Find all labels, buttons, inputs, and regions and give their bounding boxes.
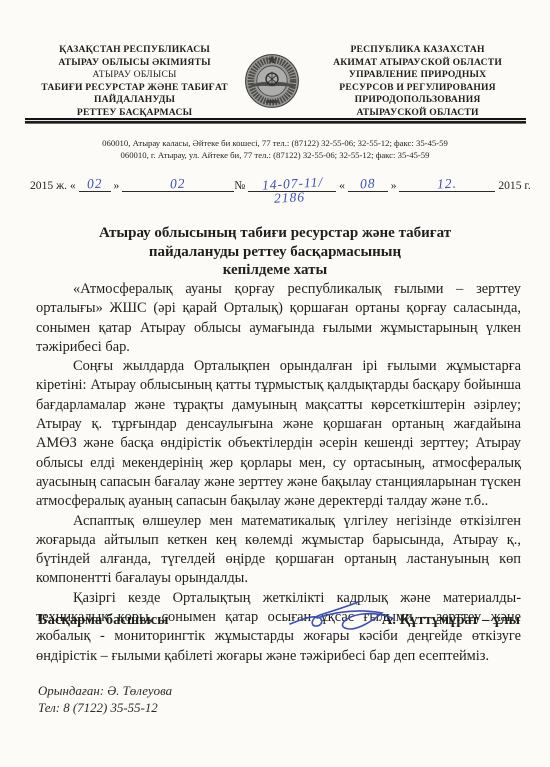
header-divider	[25, 118, 526, 125]
handwritten-day: 02	[86, 176, 102, 193]
date-month-blank: 02	[122, 176, 234, 192]
executor-phone: Тел: 8 (7122) 35-55-12	[38, 700, 172, 717]
letterhead-line: УПРАВЛЕНИЕ ПРИРОДНЫХ	[305, 69, 530, 82]
date-quote-close: »	[114, 179, 120, 192]
title-line: кепілдеме хаты	[0, 261, 550, 280]
day-blank-right: 08	[348, 176, 388, 192]
letterhead-line: АТЫРАУ ОБЛЫСЫ ӘКІМИЯТЫ	[30, 57, 239, 70]
date-right-group: № 14-07-11/ 2186 « 08 » 12. 2015 г.	[234, 176, 531, 192]
signer-position: Басқарма басшысы	[38, 612, 168, 629]
handwritten-number-below: 2186	[274, 189, 306, 207]
address-kazakh: 060010, Атырау каласы, Әйтеке би кошесі,…	[0, 138, 550, 150]
kazakhstan-coat-of-arms-icon	[239, 48, 305, 114]
handwritten-month: 02	[170, 176, 186, 193]
title-line: пайдалануды реттеу басқармасының	[0, 243, 550, 262]
handwritten-signature-icon	[286, 592, 416, 642]
handwritten-day-right: 08	[360, 176, 376, 193]
year-suffix: 2015 г.	[498, 179, 530, 192]
date-number-line: 2015 ж. « 02 » 02 № 14-07-11/ 2186 « 08 …	[30, 176, 528, 192]
executor-block: Орындаған: Ә. Төлеуова Тел: 8 (7122) 35-…	[38, 683, 172, 716]
signature-row: Басқарма басшысы А. Құттұмұрат – ұлы	[38, 612, 520, 629]
letterhead-line: ҚАЗАҚСТАН РЕСПУБЛИКАСЫ	[30, 44, 239, 57]
scanned-letter-page: ҚАЗАҚСТАН РЕСПУБЛИКАСЫ АТЫРАУ ОБЛЫСЫ ӘКІ…	[0, 0, 550, 767]
number-label: №	[234, 179, 245, 192]
letter-title: Атырау облысының табиғи ресурстар және т…	[0, 224, 550, 280]
letter-body: «Атмосфералық ауаны қорғау республикалық…	[36, 280, 521, 666]
letterhead-line: РЕСУРСОВ И РЕГУЛИРОВАНИЯ	[305, 82, 530, 95]
letterhead: ҚАЗАҚСТАН РЕСПУБЛИКАСЫ АТЫРАУ ОБЛЫСЫ ӘКІ…	[30, 44, 530, 120]
letterhead-line: ПАЙДАЛАНУДЫ	[30, 94, 239, 107]
body-paragraph: Соңғы жылдарда Орталықпен орындалған ірі…	[36, 357, 521, 511]
month-blank-right: 12.	[399, 176, 495, 192]
body-paragraph: «Атмосфералық ауаны қорғау республикалық…	[36, 280, 521, 357]
letterhead-line: АТЫРАУ ОБЛЫСЫ	[30, 69, 239, 82]
letterhead-line: ТАБИҒИ РЕСУРСТАР ЖӘНЕ ТАБИҒАТ	[30, 82, 239, 95]
letterhead-russian-block: РЕСПУБЛИКА КАЗАХСТАН АКИМАТ АТЫРАУСКОЙ О…	[305, 44, 530, 120]
number-blank: 14-07-11/ 2186	[248, 176, 336, 192]
letterhead-line: РЕСПУБЛИКА КАЗАХСТАН	[305, 44, 530, 57]
letterhead-line: АКИМАТ АТЫРАУСКОЙ ОБЛАСТИ	[305, 57, 530, 70]
date-prefix: 2015 ж. «	[30, 179, 76, 192]
quote-close: »	[391, 179, 397, 192]
title-line: Атырау облысының табиғи ресурстар және т…	[0, 224, 550, 243]
date-left-group: 2015 ж. « 02 » 02	[30, 176, 234, 192]
executor-name: Орындаған: Ә. Төлеуова	[38, 683, 172, 700]
letterhead-kazakh-block: ҚАЗАҚСТАН РЕСПУБЛИКАСЫ АТЫРАУ ОБЛЫСЫ ӘКІ…	[30, 44, 239, 120]
address-block: 060010, Атырау каласы, Әйтеке би кошесі,…	[0, 138, 550, 161]
date-day-blank: 02	[79, 176, 111, 192]
handwritten-month-right: 12.	[437, 175, 458, 192]
letterhead-line: ПРИРОДОПОЛЬЗОВАНИЯ	[305, 94, 530, 107]
quote-open: «	[339, 179, 345, 192]
body-paragraph: Аспаптық өлшеулер мен математикалық үлгі…	[36, 512, 521, 589]
address-russian: 060010, г. Атырау, ул. Айтеке би, 77 тел…	[0, 150, 550, 162]
